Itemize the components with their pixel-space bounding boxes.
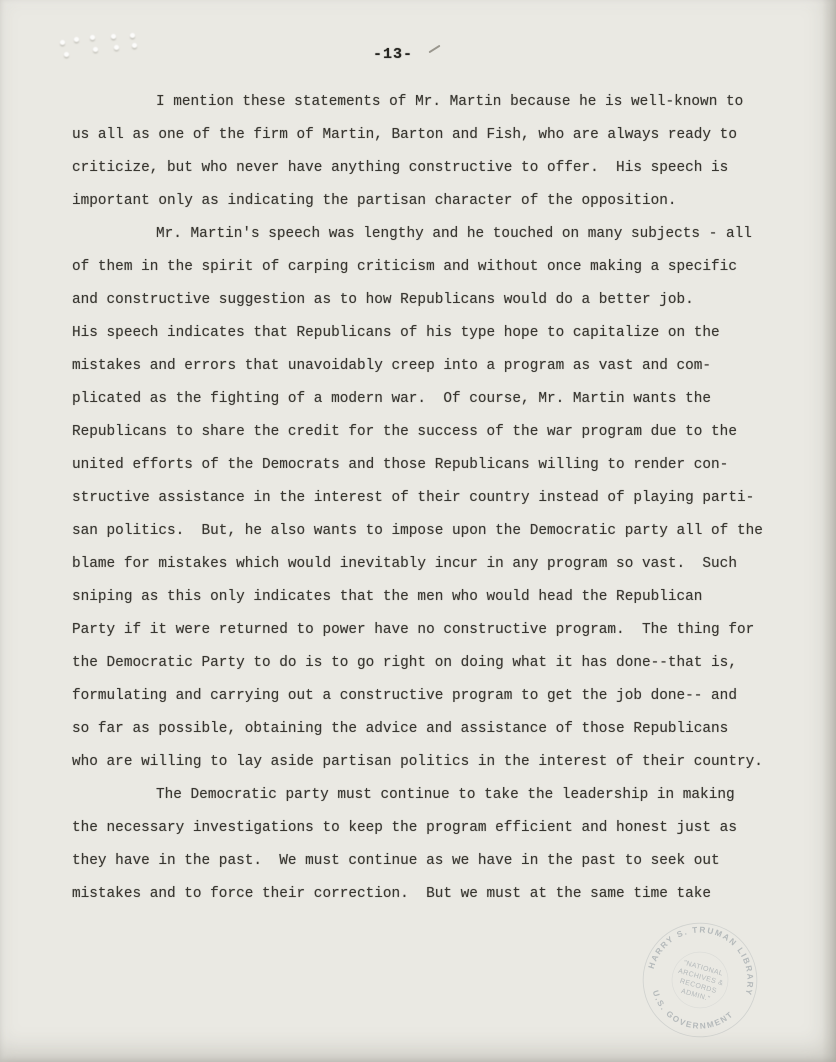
text-line: united efforts of the Democrats and thos… (72, 449, 784, 482)
text-line: of them in the spirit of carping critici… (72, 251, 784, 284)
text-line: mistakes and errors that unavoidably cre… (72, 350, 784, 383)
text-line: the necessary investigations to keep the… (72, 812, 784, 845)
text-line: criticize, but who never have anything c… (72, 152, 784, 185)
text-line: they have in the past. We must continue … (72, 845, 784, 878)
text-line: and constructive suggestion as to how Re… (72, 284, 784, 317)
text-line: blame for mistakes which would inevitabl… (72, 548, 784, 581)
text-line: important only as indicating the partisa… (72, 185, 784, 218)
document-page: -13- I mention these statements of Mr. M… (0, 0, 836, 1062)
paragraph-3: The Democratic party must continue to ta… (72, 779, 784, 911)
paragraph-1: I mention these statements of Mr. Martin… (72, 86, 784, 218)
text-line: structive assistance in the interest of … (72, 482, 784, 515)
text-line: who are willing to lay aside partisan po… (72, 746, 784, 779)
text-line: The Democratic party must continue to ta… (72, 779, 784, 812)
text-line: sniping as this only indicates that the … (72, 581, 784, 614)
text-line: mistakes and to force their correction. … (72, 878, 784, 911)
text-line: the Democratic Party to do is to go righ… (72, 647, 784, 680)
page-number: -13- (0, 46, 811, 63)
text-line: formulating and carrying out a construct… (72, 680, 784, 713)
text-line: Mr. Martin's speech was lengthy and he t… (72, 218, 784, 251)
text-line: plicated as the fighting of a modern war… (72, 383, 784, 416)
text-line: so far as possible, obtaining the advice… (72, 713, 784, 746)
text-line: Party if it were returned to power have … (72, 614, 784, 647)
truman-library-archives-stamp: HARRY S. TRUMAN LIBRARY U.S. GOVERNMENT … (623, 903, 776, 1056)
paragraph-2: Mr. Martin's speech was lengthy and he t… (72, 218, 784, 779)
text-line: His speech indicates that Republicans of… (72, 317, 784, 350)
text-line: Republicans to share the credit for the … (72, 416, 784, 449)
text-line: san politics. But, he also wants to impo… (72, 515, 784, 548)
text-line: us all as one of the firm of Martin, Bar… (72, 119, 784, 152)
document-body: I mention these statements of Mr. Martin… (72, 86, 784, 911)
text-line: I mention these statements of Mr. Martin… (72, 86, 784, 119)
